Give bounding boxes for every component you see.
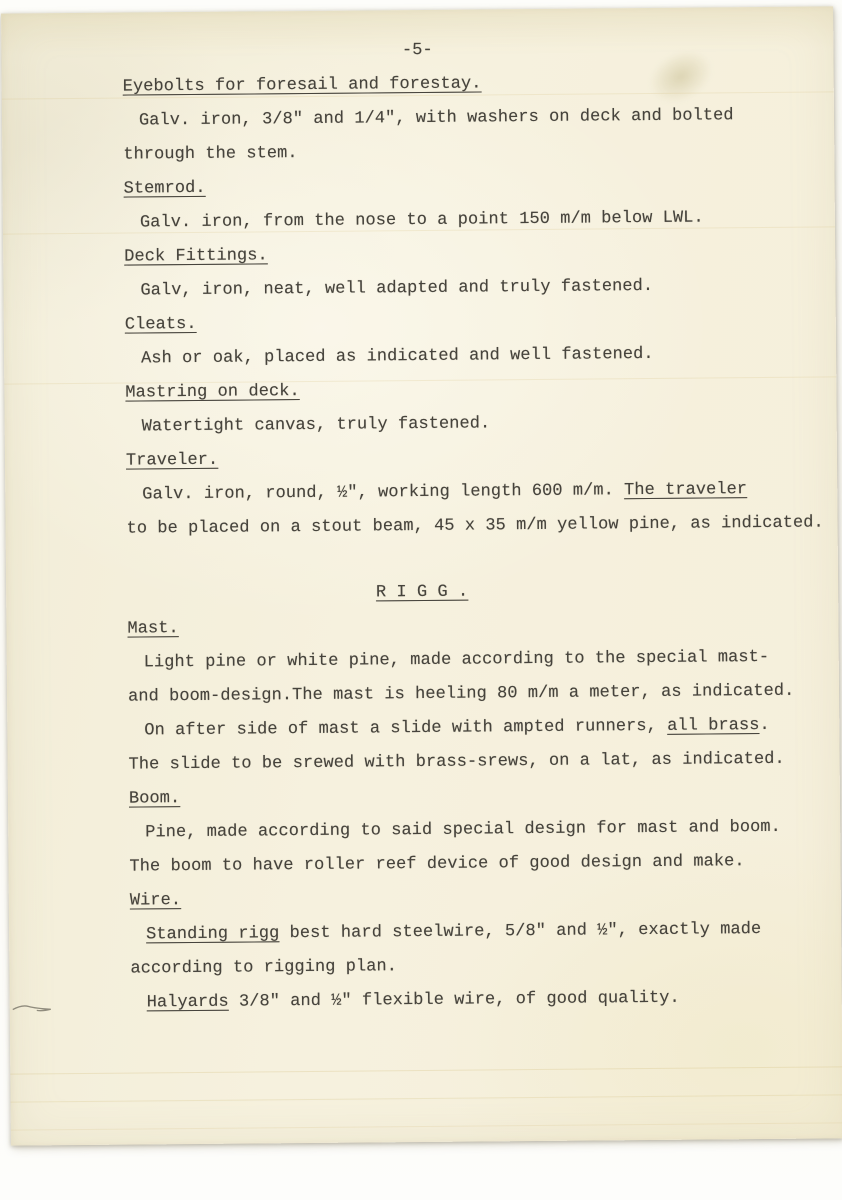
line-text: . — [759, 716, 769, 735]
heading-text: Boom. — [129, 789, 180, 808]
spec-line: The slide to be srewed with brass-srews,… — [128, 742, 839, 782]
line-text: Galv. iron, round, ½", working length 60… — [142, 481, 624, 504]
line-text: 3/8" and ½" flexible wire, of good quali… — [229, 989, 680, 1012]
scan-background: -5- Eyebolts for foresail and forestay. … — [0, 0, 842, 1200]
spec-line: Halyards 3/8" and ½" flexible wire, of g… — [131, 980, 842, 1020]
heading-text: Mast. — [127, 619, 178, 638]
scan-ruling-line — [11, 1094, 842, 1102]
heading-text: Cleats. — [125, 315, 197, 335]
underlined-phrase: Halyards — [147, 993, 229, 1013]
spec-line: Standing rigg best hard steelwire, 5/8" … — [130, 912, 841, 952]
spec-line: Galv. iron, 3/8" and 1/4", with washers … — [123, 98, 834, 138]
scan-ruling-line — [11, 1122, 842, 1130]
heading-text: Mastring on deck. — [125, 382, 299, 403]
heading-text: Deck Fittings. — [124, 246, 268, 266]
underlined-phrase: all brass — [667, 716, 759, 736]
heading-text: R I G G . — [376, 583, 468, 603]
heading-text: Traveler. — [126, 451, 218, 471]
spec-line: to be placed on a stout beam, 45 x 35 m/… — [126, 506, 837, 546]
spec-line: The boom to have roller reef device of g… — [129, 844, 840, 884]
heading-text: Eyebolts for foresail and forestay. — [123, 74, 482, 96]
underlined-phrase: Standing rigg — [146, 924, 279, 944]
line-text: best hard steelwire, 5/8" and ½", exactl… — [279, 920, 761, 943]
document-page: -5- Eyebolts for foresail and forestay. … — [1, 6, 842, 1145]
typewritten-text: -5- Eyebolts for foresail and forestay. … — [1, 30, 842, 1021]
scan-ruling-line — [10, 1066, 842, 1074]
heading-text: Wire. — [130, 891, 181, 910]
line-text: On after side of mast a slide with ampte… — [144, 717, 667, 741]
heading-text: Stemrod. — [124, 179, 206, 199]
underlined-phrase: The traveler — [624, 480, 747, 500]
